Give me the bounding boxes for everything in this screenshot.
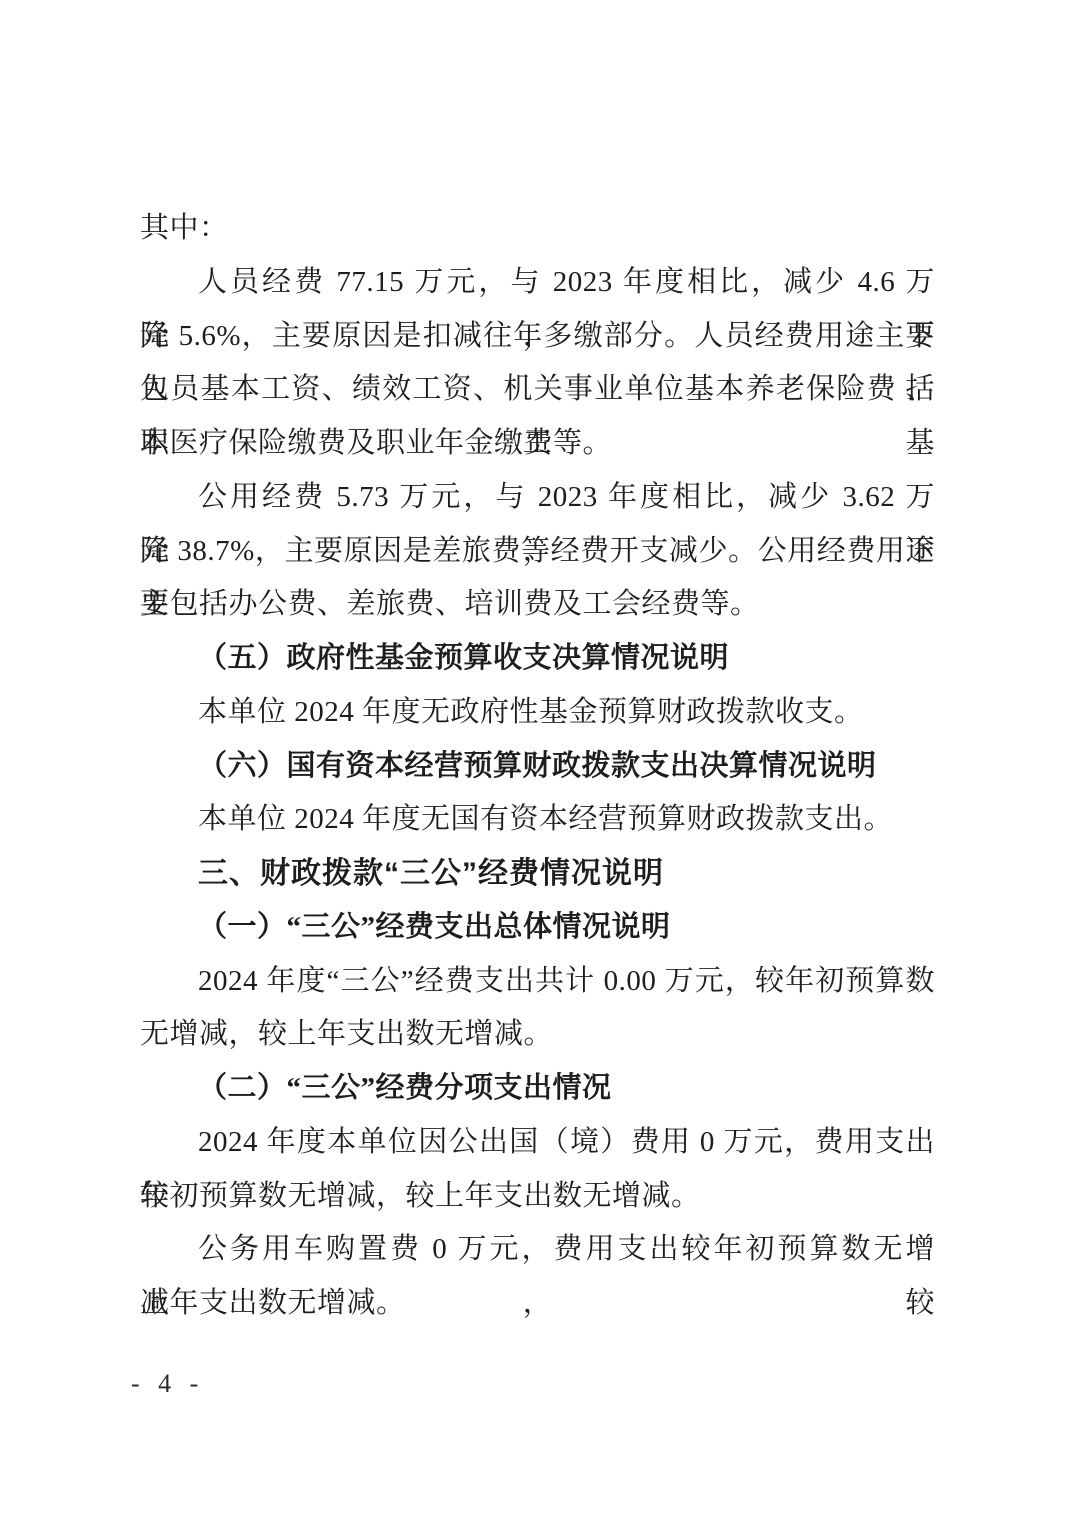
heading-sub-2-itemized-spending: （二）“三公”经费分项支出情况 bbox=[140, 1062, 935, 1116]
paragraph-personnel-funds-line-2: 降 5.6%，主要原因是扣减往年多缴部分。人员经费用途主要包括 bbox=[140, 310, 935, 364]
paragraph-public-funds-line-3: 要包括办公费、差旅费、培训费及工会经费等。 bbox=[140, 578, 935, 632]
page-number: - 4 - bbox=[131, 1362, 204, 1406]
heading-sub-1-overall-spending: （一）“三公”经费支出总体情况说明 bbox=[140, 901, 935, 955]
paragraph-no-gov-fund-budget: 本单位 2024 年度无政府性基金预算财政拨款收支。 bbox=[140, 686, 935, 740]
heading-part-3-three-public-funds: 三、财政拨款“三公”经费情况说明 bbox=[140, 847, 935, 901]
paragraph-public-funds-line-1: 公用经费 5.73 万元，与 2023 年度相比，减少 3.62 万元，下 bbox=[140, 471, 935, 525]
paragraph-overseas-travel-line-1: 2024 年度本单位因公出国（境）费用 0 万元，费用支出较 bbox=[140, 1116, 935, 1170]
paragraph-qizhong-label: 其中： bbox=[140, 202, 935, 256]
paragraph-public-funds-line-2: 降 38.7%，主要原因是差旅费等经费开支减少。公用经费用途主 bbox=[140, 525, 935, 579]
paragraph-overall-spending-line-1: 2024 年度“三公”经费支出共计 0.00 万元，较年初预算数 bbox=[140, 955, 935, 1009]
document-body: 其中： 人员经费 77.15 万元，与 2023 年度相比，减少 4.6 万元，… bbox=[140, 202, 935, 1331]
heading-section-5-gov-fund-budget: （五）政府性基金预算收支决算情况说明 bbox=[140, 632, 935, 686]
paragraph-personnel-funds-line-3: 人员基本工资、绩效工资、机关事业单位基本养老保险费 、职工基 bbox=[140, 363, 935, 417]
document-page: 其中： 人员经费 77.15 万元，与 2023 年度相比，减少 4.6 万元，… bbox=[0, 0, 1075, 1520]
paragraph-overall-spending-line-2: 无增减，较上年支出数无增减。 bbox=[140, 1008, 935, 1062]
heading-section-6-state-capital: （六）国有资本经营预算财政拨款支出决算情况说明 bbox=[140, 740, 935, 794]
paragraph-overseas-travel-line-2: 年初预算数无增减，较上年支出数无增减。 bbox=[140, 1170, 935, 1224]
paragraph-personnel-funds-line-1: 人员经费 77.15 万元，与 2023 年度相比，减少 4.6 万元，下 bbox=[140, 256, 935, 310]
paragraph-vehicle-purchase-line-1: 公务用车购置费 0 万元，费用支出较年初预算数无增减，较 bbox=[140, 1223, 935, 1277]
paragraph-no-state-capital: 本单位 2024 年度无国有资本经营预算财政拨款支出。 bbox=[140, 793, 935, 847]
